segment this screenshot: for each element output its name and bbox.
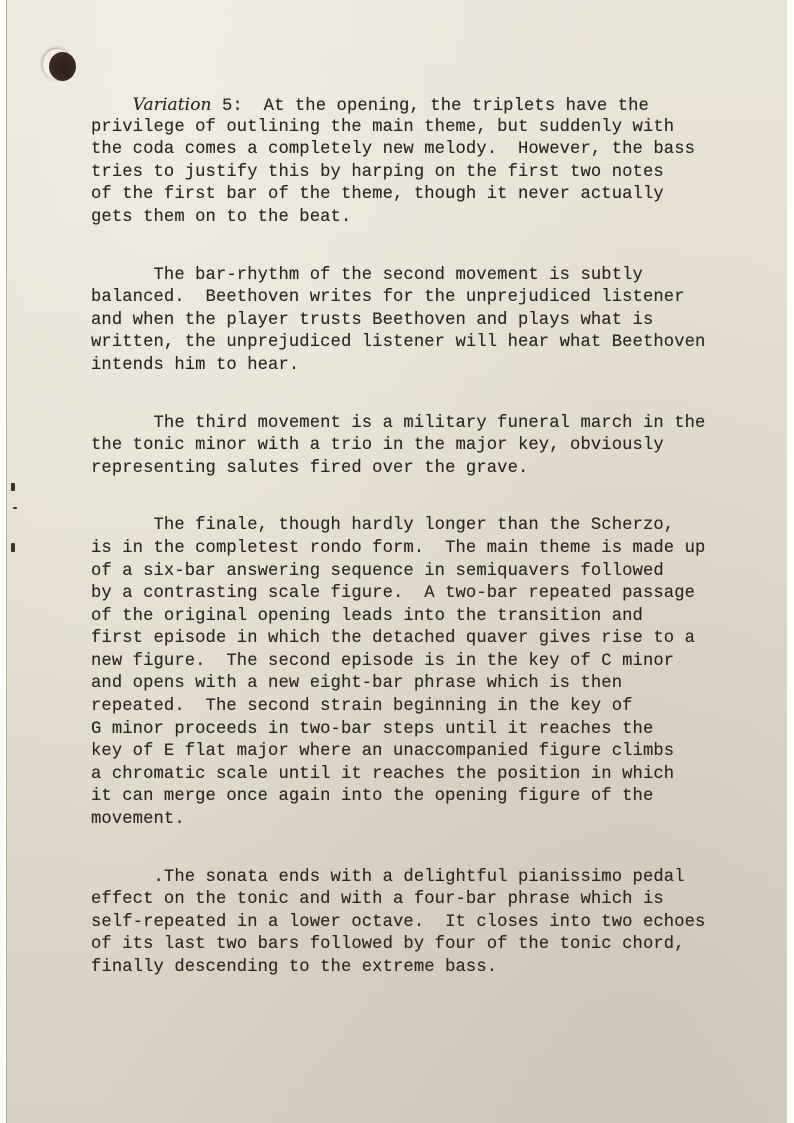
text-line: self-repeated in a lower octave. It clos…: [91, 912, 781, 935]
paragraph-variation-5: Variation 5: At the opening, the triplet…: [91, 94, 781, 230]
text-line: and when the player trusts Beethoven and…: [91, 310, 781, 333]
text-line: Variation 5: At the opening, the triplet…: [91, 94, 781, 117]
italic-heading: Variation: [133, 95, 212, 115]
text-line: new figure. The second episode is in the…: [91, 651, 781, 674]
text-line: written, the unprejudiced listener will …: [91, 332, 781, 355]
text-line: effect on the tonic and with a four-bar …: [91, 889, 781, 912]
staple-mark: [11, 543, 15, 552]
text-line: it can merge once again into the opening…: [91, 786, 781, 809]
text-line: tries to justify this by harping on the …: [91, 162, 781, 185]
paragraph-third-movement: The third movement is a military funeral…: [91, 413, 781, 481]
text-line: privilege of outlining the main theme, b…: [91, 117, 781, 140]
text-line: balanced. Beethoven writes for the unpre…: [91, 287, 781, 310]
text-line: first episode in which the detached quav…: [91, 628, 781, 651]
paragraph-finale: The finale, though hardly longer than th…: [91, 515, 781, 831]
text-line: The bar-rhythm of the second movement is…: [91, 265, 781, 288]
text-line: of its last two bars followed by four of…: [91, 934, 781, 957]
text-line: of a six-bar answering sequence in semiq…: [91, 561, 781, 584]
staple-mark: [13, 507, 17, 509]
text-line: .The sonata ends with a delightful piani…: [91, 867, 781, 890]
text-line: G minor proceeds in two-bar steps until …: [91, 719, 781, 742]
text-line: a chromatic scale until it reaches the p…: [91, 764, 781, 787]
text-line: representing salutes fired over the grav…: [91, 458, 781, 481]
text-line: intends him to hear.: [91, 355, 781, 378]
text-line: finally descending to the extreme bass.: [91, 957, 781, 980]
text-line: by a contrasting scale figure. A two-bar…: [91, 583, 781, 606]
text-line: gets them on to the beat.: [91, 207, 781, 230]
text-line: movement.: [91, 809, 781, 832]
document-body: Variation 5: At the opening, the triplet…: [91, 94, 781, 1015]
text-line: of the original opening leads into the t…: [91, 606, 781, 629]
text-line: The third movement is a military funeral…: [91, 413, 781, 436]
text-line: key of E flat major where an unaccompani…: [91, 741, 781, 764]
text-line: the tonic minor with a trio in the major…: [91, 435, 781, 458]
text-line: is in the completest rondo form. The mai…: [91, 538, 781, 561]
text-line: The finale, though hardly longer than th…: [91, 515, 781, 538]
text-line: of the first bar of the theme, though it…: [91, 184, 781, 207]
punch-hole-icon: [49, 52, 76, 81]
text-line: repeated. The second strain beginning in…: [91, 696, 781, 719]
text-line: the coda comes a completely new melody. …: [91, 139, 781, 162]
text-line: and opens with a new eight-bar phrase wh…: [91, 673, 781, 696]
paragraph-ending: .The sonata ends with a delightful piani…: [91, 867, 781, 980]
staple-mark: [11, 483, 15, 491]
paragraph-second-movement: The bar-rhythm of the second movement is…: [91, 265, 781, 378]
